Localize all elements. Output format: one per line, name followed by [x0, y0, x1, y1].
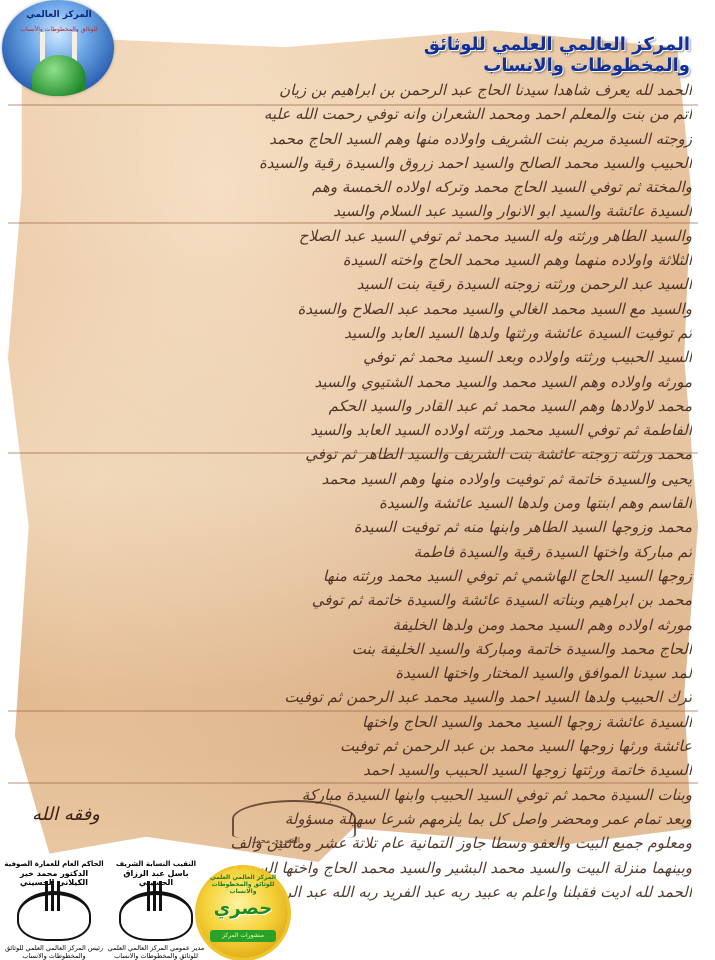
logo-title: المركز العالمي	[16, 10, 102, 20]
manuscript-line: الحمد لله يعرف شاهدا سيدنا الحاج عبد الر…	[22, 78, 692, 102]
tughra-signature-icon	[119, 891, 193, 941]
page-title: المركز العالمي العلمي للوثائق والمخطوطات…	[345, 34, 690, 76]
manuscript-line: اتم من بنت والمعلم احمد ومحمد الشعران وا…	[22, 102, 692, 126]
manuscript-line: السيدة خاتمة ورثتها زوجها السيد الحبيب و…	[22, 758, 692, 782]
manuscript-line: ثم مباركة واختها السيدة رقية والسيدة فاط…	[22, 540, 692, 564]
manuscript-line: والمختة ثم توفي السيد الحاج محمد وتركه ا…	[22, 175, 692, 199]
exclusive-seal-badge: المركز العالمي العلمي للوثائق والمخطوطات…	[198, 868, 288, 958]
stamp-caption: رئيس المركز العالمي العلمي للوثائق والمخ…	[4, 944, 104, 960]
manuscript-line: ترك الحبيب ولدها السيد احمد والسيد محمد …	[22, 685, 692, 709]
manuscript-line: مورثه اولاده وهم السيد محمد ومن ولدها ال…	[22, 613, 692, 637]
seal-ring-text: المركز العالمي العلمي للوثائق والمخطوطات…	[202, 874, 284, 895]
manuscript-line: محمد ورثته زوجته عائشة بنت الشريف والسيد…	[22, 442, 692, 466]
blessing-text: وفقه الله	[32, 804, 100, 825]
manuscript-line: القاسم وهم ابنتها ومن ولدها السيد عائشة …	[22, 491, 692, 515]
signature-block: وفقه الله القفروي محمد	[22, 800, 692, 850]
director-stamp: الحاكم العام للعمارة الصوفية الدكتور محم…	[4, 860, 104, 955]
seal-main-text: حصري	[198, 898, 288, 919]
notary-signature-icon	[232, 800, 356, 838]
manuscript-line: الثلاثة واولاده منهما وهم السيد محمد الح…	[22, 248, 692, 272]
manuscript-line: يحيى والسيدة خاتمة ثم توفيت واولاده منها…	[22, 467, 692, 491]
manuscript-line: لمد سيدنا الموافق والسيد المختار واختها …	[22, 661, 692, 685]
manuscript-text: الحمد لله يعرف شاهدا سيدنا الحاج عبد الر…	[22, 78, 692, 904]
seal-ribbon: منشورات المركز	[210, 930, 276, 942]
manuscript-line: السيد الحبيب ورثته واولاده وبعد السيد مح…	[22, 345, 692, 369]
manuscript-line: السيدة عائشة زوجها السيد محمد والسيد الح…	[22, 710, 692, 734]
manuscript-line: السيدة عائشة والسيد ابو الانوار والسيد ع…	[22, 199, 692, 223]
manuscript-line: محمد وزوجها السيد الطاهر وابنها منه ثم ت…	[22, 515, 692, 539]
stamp-name: باسل عبد الرزاق الحسيني	[106, 869, 206, 887]
stamp-name: الدكتور محمد خير الكيلاني الحسيني	[4, 869, 104, 887]
manuscript-line: عائشة ورثها زوجها السيد محمد بن عبد الرح…	[22, 734, 692, 758]
logo-subtitle: للوثائق والمخطوطات والأنساب	[12, 26, 106, 33]
stamp-title: الحاكم العام للعمارة الصوفية	[4, 860, 104, 868]
tughra-signature-icon	[17, 891, 91, 941]
stamp-title: النقيب النسابة الشريف	[106, 860, 206, 868]
manuscript-line: الفاطمة ثم توفي السيد محمد ورثته اولاده …	[22, 418, 692, 442]
stamp-caption: مدير عمومي المركز العالمي العلمي للوثائق…	[106, 944, 206, 960]
manuscript-line: زوجها السيد الحاج الهاشمي ثم توفي السيد …	[22, 564, 692, 588]
manuscript-line: مورثه واولاده وهم السيد محمد والسيد محمد…	[22, 370, 692, 394]
genealogist-stamp: النقيب النسابة الشريف باسل عبد الرزاق ال…	[106, 860, 206, 955]
signature-caption: القفروي محمد	[252, 836, 300, 845]
manuscript-line: محمد لاولادها وهم السيد محمد ثم عبد القا…	[22, 394, 692, 418]
manuscript-line: زوجته السيدة مريم بنت الشريف واولاده منه…	[22, 127, 692, 151]
manuscript-line: والسيد الطاهر ورثته وله السيد محمد ثم تو…	[22, 224, 692, 248]
manuscript-line: الحبيب والسيد محمد الصالح والسيد احمد زر…	[22, 151, 692, 175]
manuscript-line: السيد عبد الرحمن ورثته زوجته السيدة رقية…	[22, 272, 692, 296]
manuscript-line: والسيد مع السيد محمد الغالي والسيد محمد …	[22, 297, 692, 321]
manuscript-line: محمد بن ابراهيم وبناته السيدة عائشة والس…	[22, 588, 692, 612]
manuscript-line: ثم توفيت السيدة عائشة ورثتها ولدها السيد…	[22, 321, 692, 345]
manuscript-line: الحاج محمد والسيدة خاتمة ومباركة والسيد …	[22, 637, 692, 661]
